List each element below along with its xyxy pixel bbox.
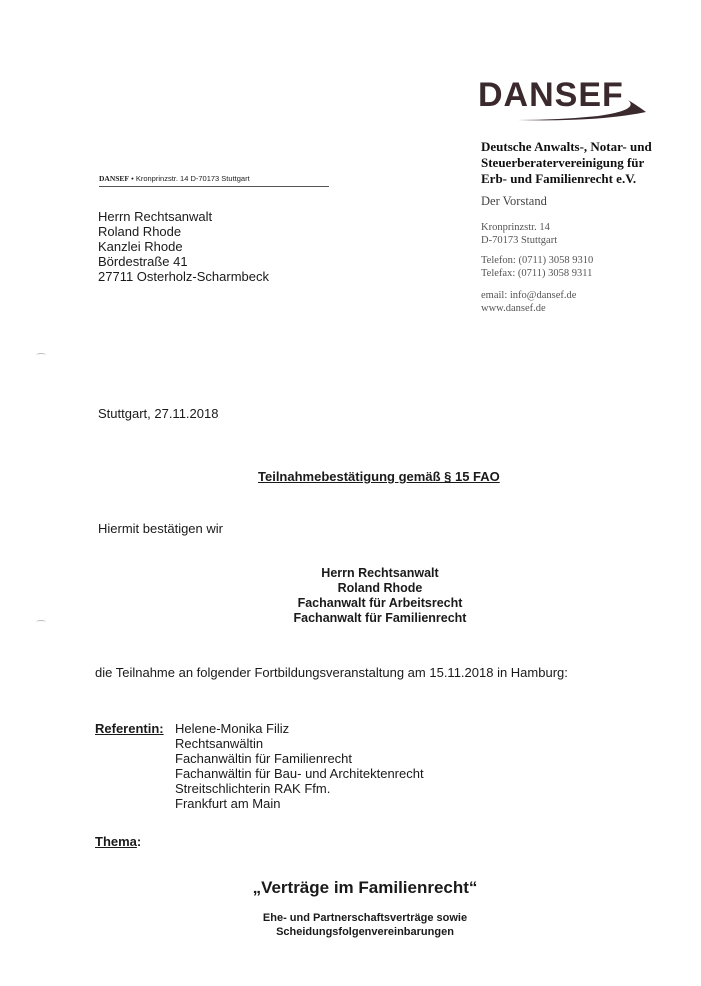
- topic-label: Thema:: [95, 834, 141, 849]
- organization-line: Deutsche Anwalts-, Notar- und: [481, 139, 652, 155]
- recipient-address: Herrn Rechtsanwalt Roland Rhode Kanzlei …: [98, 209, 269, 284]
- participant-line: Roland Rhode: [230, 581, 530, 596]
- sender-address: Kronprinzstr. 14 D-70173 Stuttgart: [136, 174, 250, 183]
- subject-heading: Teilnahmebestätigung gemäß § 15 FAO: [258, 469, 500, 484]
- speaker-line: Fachanwältin für Familienrecht: [175, 751, 424, 766]
- email: email: info@dansef.de: [481, 289, 576, 302]
- address-line: Kronprinzstr. 14: [481, 221, 557, 234]
- participant-line: Herrn Rechtsanwalt: [230, 566, 530, 581]
- logo-swoosh-icon: [478, 76, 658, 124]
- recipient-line: Bördestraße 41: [98, 254, 269, 269]
- participant-block: Herrn Rechtsanwalt Roland Rhode Fachanwa…: [230, 566, 530, 626]
- sender-brand: DANSEF: [99, 174, 129, 183]
- organization-contact: email: info@dansef.de www.dansef.de: [481, 289, 576, 315]
- address-line: D-70173 Stuttgart: [481, 234, 557, 247]
- speaker-line: Frankfurt am Main: [175, 796, 424, 811]
- organization-name: Deutsche Anwalts-, Notar- und Steuerbera…: [481, 139, 652, 187]
- topic-label-colon: :: [137, 834, 141, 849]
- speaker-line: Helene-Monika Filiz: [175, 721, 424, 736]
- speaker-label: Referentin:: [95, 721, 164, 736]
- event-line: die Teilnahme an folgender Fortbildungsv…: [95, 665, 568, 680]
- topic-title: „Verträge im Familienrecht“: [200, 878, 530, 898]
- participant-line: Fachanwalt für Arbeitsrecht: [230, 596, 530, 611]
- organization-line: Steuerberatervereinigung für: [481, 155, 652, 171]
- organization-phone: Telefon: (0711) 3058 9310 Telefax: (0711…: [481, 254, 593, 280]
- organization-line: Erb- und Familienrecht e.V.: [481, 171, 652, 187]
- topic-subtitle-line: Scheidungsfolgenvereinbarungen: [200, 925, 530, 939]
- topic-label-text: Thema: [95, 834, 137, 849]
- sender-return-address: DANSEF • Kronprinzstr. 14 D-70173 Stuttg…: [99, 174, 329, 187]
- punch-mark: [36, 353, 46, 357]
- participant-line: Fachanwalt für Familienrecht: [230, 611, 530, 626]
- website: www.dansef.de: [481, 302, 576, 315]
- bullet-separator: •: [131, 174, 134, 183]
- speaker-line: Streitschlichterin RAK Ffm.: [175, 781, 424, 796]
- speaker-line: Fachanwältin für Bau- und Architektenrec…: [175, 766, 424, 781]
- date-line: Stuttgart, 27.11.2018: [98, 406, 218, 421]
- topic-subtitle: Ehe- und Partnerschaftsverträge sowie Sc…: [200, 911, 530, 939]
- organization-address: Kronprinzstr. 14 D-70173 Stuttgart: [481, 221, 557, 247]
- punch-mark: [36, 620, 46, 624]
- recipient-line: Roland Rhode: [98, 224, 269, 239]
- intro-text: Hiermit bestätigen wir: [98, 521, 223, 536]
- topic-subtitle-line: Ehe- und Partnerschaftsverträge sowie: [200, 911, 530, 925]
- speaker-line: Rechtsanwältin: [175, 736, 424, 751]
- recipient-line: Kanzlei Rhode: [98, 239, 269, 254]
- department: Der Vorstand: [481, 194, 547, 209]
- telephone: Telefon: (0711) 3058 9310: [481, 254, 593, 267]
- dansef-logo: DANSEF: [478, 76, 658, 124]
- recipient-line: 27711 Osterholz-Scharmbeck: [98, 269, 269, 284]
- recipient-line: Herrn Rechtsanwalt: [98, 209, 269, 224]
- telefax: Telefax: (0711) 3058 9311: [481, 267, 593, 280]
- speaker-details: Helene-Monika Filiz Rechtsanwältin Facha…: [175, 721, 424, 811]
